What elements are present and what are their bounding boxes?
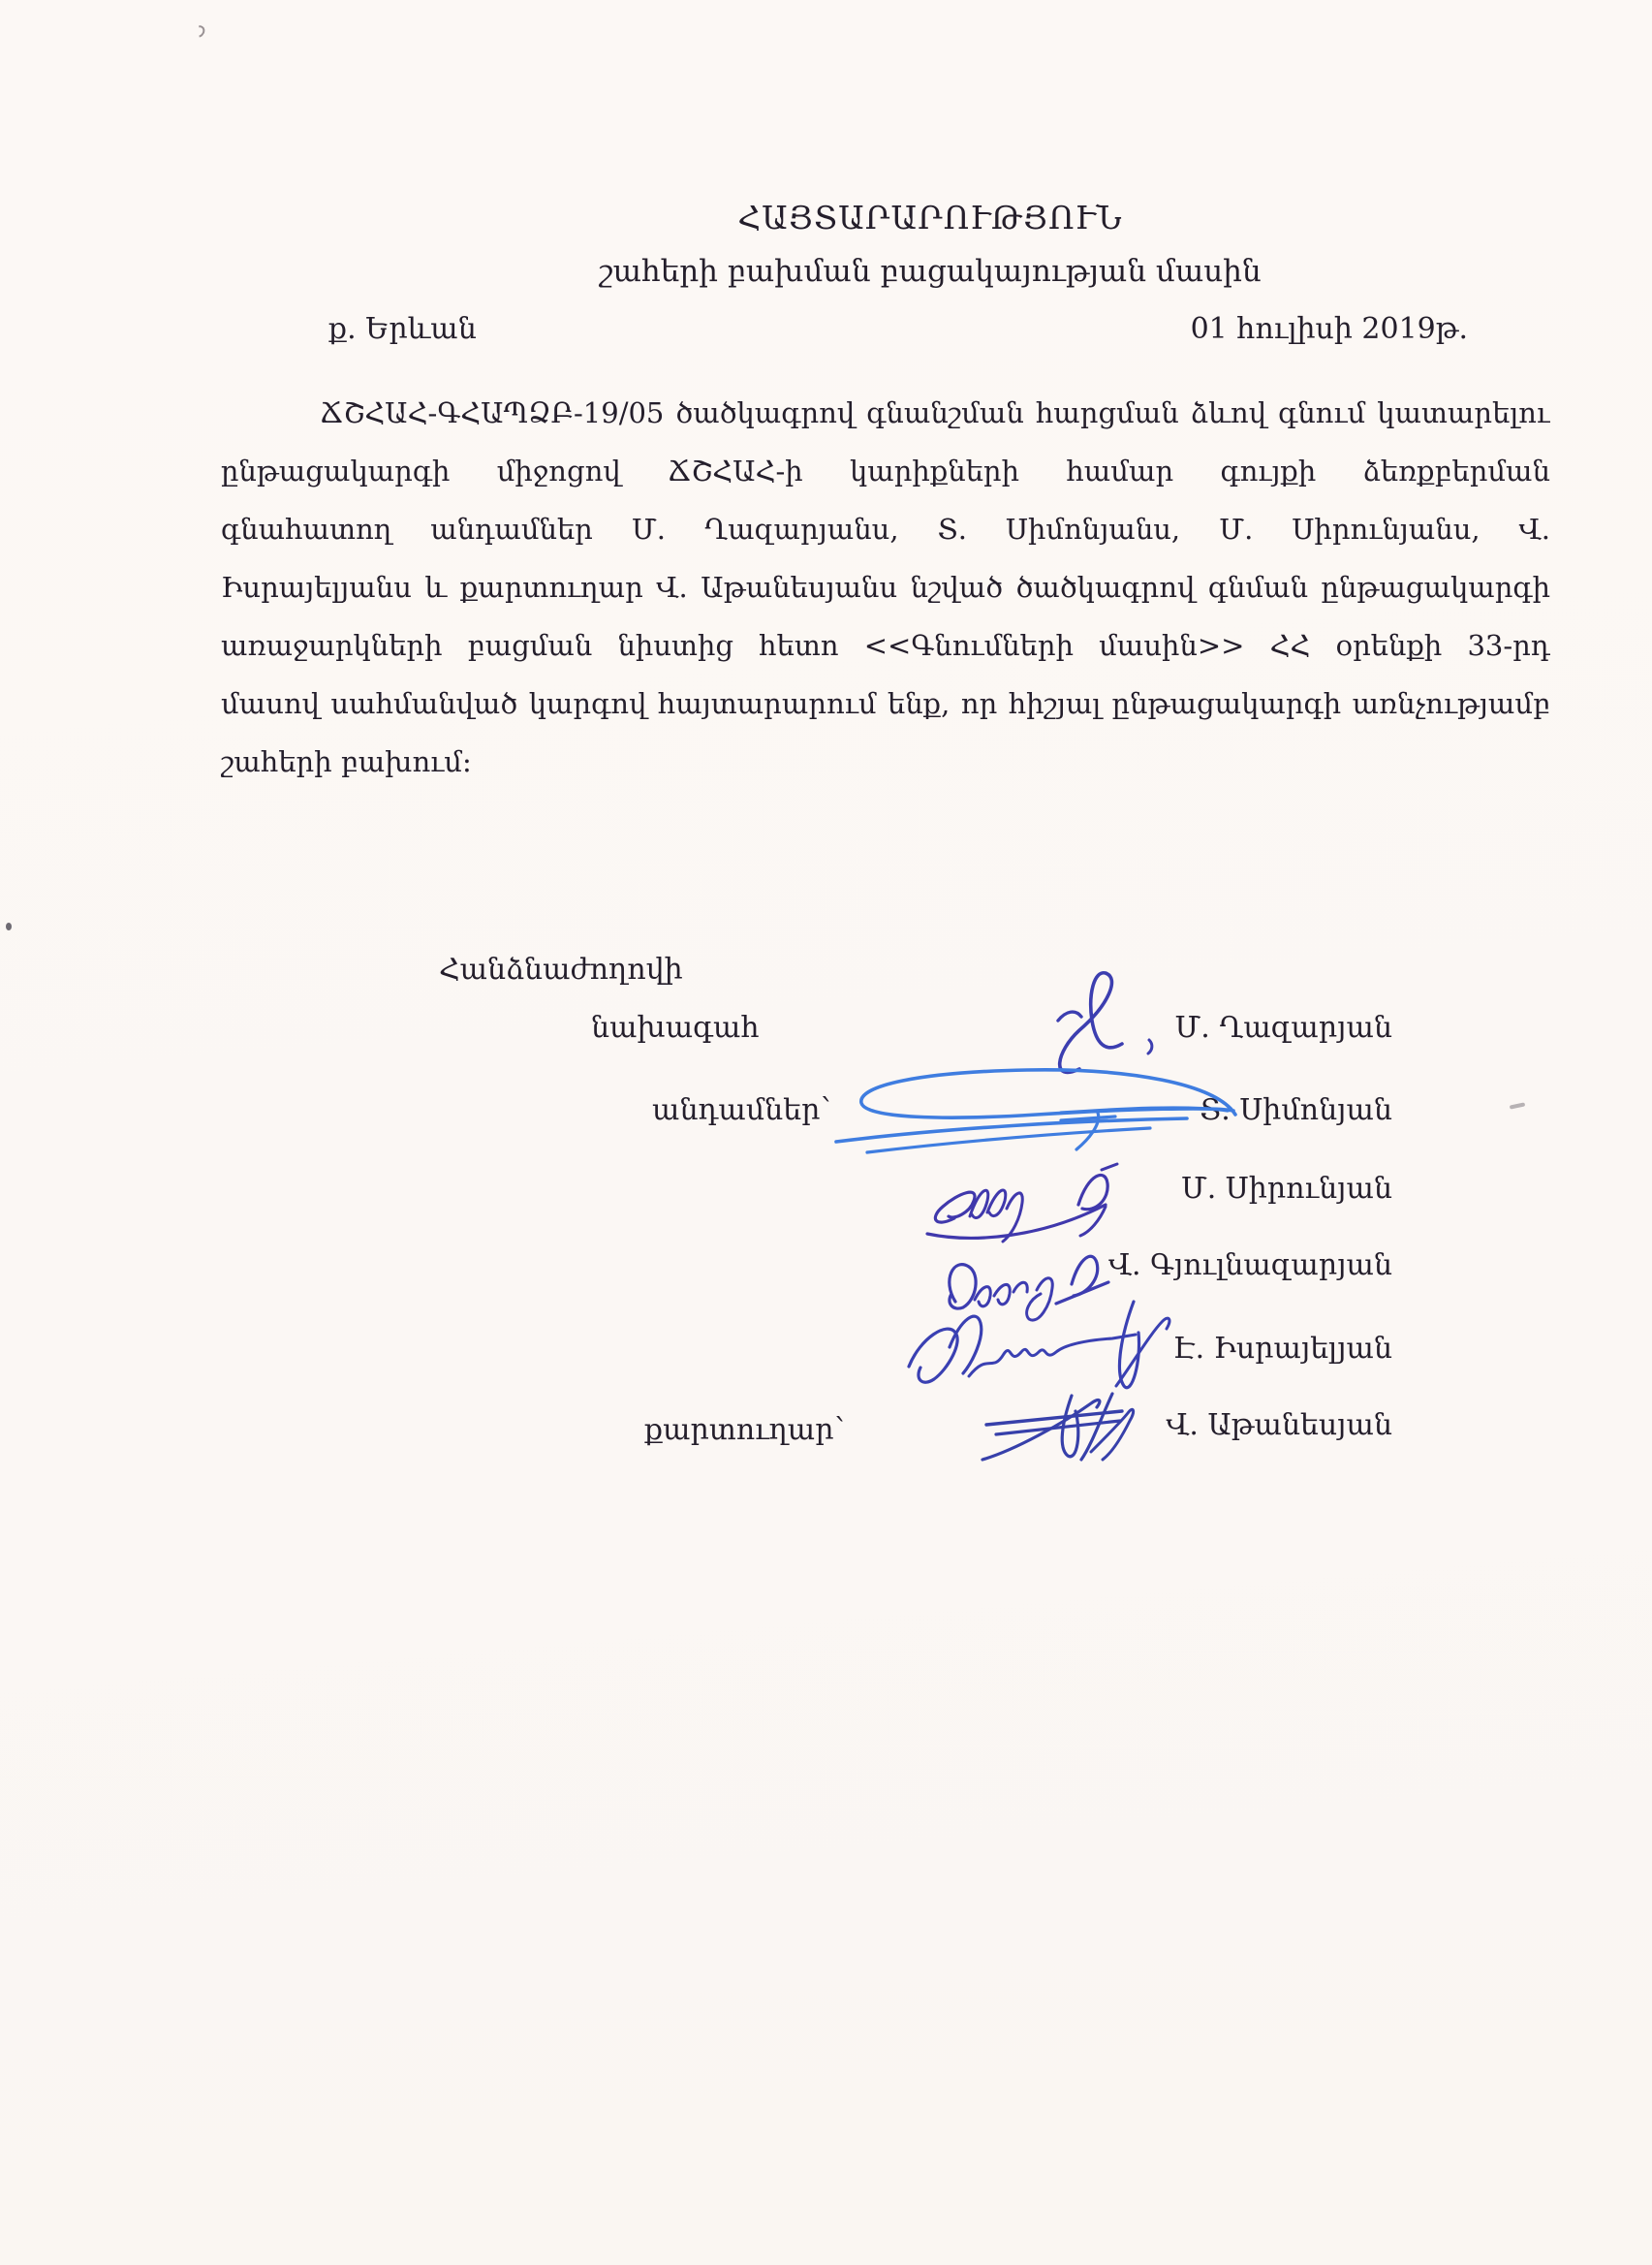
place-date-row: ք. Երևան 01 հուլիսի 2019թ.	[221, 312, 1550, 346]
place-label: ք. Երևան	[328, 312, 477, 346]
date-label: 01 հուլիսի 2019թ.	[1191, 312, 1468, 346]
secretary-role-label: քարտուղար՝	[644, 1413, 845, 1448]
signature-gyulnazaryan-ink	[928, 1243, 1122, 1336]
signatory-name-ghazaryan: Մ. Ղազարյան	[1174, 1011, 1392, 1046]
signatory-name-gyulnazaryan: Վ. Գյուլնազարյան	[1108, 1248, 1392, 1283]
committee-heading: Հանձնաժողովի	[439, 953, 683, 988]
scan-speck	[1510, 1102, 1525, 1109]
doc-title: ՀԱՅՏԱՐԱՐՈՒԹՅՈՒՆ	[265, 199, 1595, 236]
scan-speck	[191, 23, 206, 40]
scan-speck	[6, 923, 12, 930]
signature-sirunyan-ink	[916, 1158, 1158, 1260]
body-line: շահերի բախում։	[221, 733, 1550, 791]
signature-ghazaryan-ink	[1044, 962, 1175, 1084]
body-line: ՃՇՀԱՀ-ԳՀԱՊՁԲ-19/05 ծածկագրով գնանշման հա…	[221, 384, 1550, 442]
members-role-label: անդամներ՝	[652, 1093, 830, 1128]
doc-subtitle: շահերի բախման բացակայության մասին	[265, 254, 1595, 289]
body-line: ընթացակարգի միջոցով ՃՇՀԱՀ-ի կարիքների հա…	[221, 442, 1550, 500]
body-line: առաջարկների բացման նիստից հետո <<Գնումնե…	[221, 616, 1550, 675]
signatory-name-atanesyan: Վ. Աթանեսյան	[1166, 1408, 1392, 1443]
signature-israyelyan-ink	[891, 1294, 1182, 1405]
body-line: մասով սահմանված կարգով հայտարարում ենք, …	[221, 675, 1550, 733]
signatory-name-simonyan: Տ. Սիմոնյան	[1200, 1093, 1392, 1128]
scanned-document-page: ՀԱՅՏԱՐԱՐՈՒԹՅՈՒՆ շահերի բախման բացակայութ…	[0, 0, 1652, 2265]
body-line: Իսրայելյանս և քարտուղար Վ. Աթանեսյանս նշ…	[221, 558, 1550, 616]
body-line: գնահատող անդամներ Մ. Ղազարյանս, Տ. Սիմոն…	[221, 500, 1550, 558]
signature-atanesyan-ink	[977, 1384, 1151, 1476]
body-paragraph: ՃՇՀԱՀ-ԳՀԱՊՁԲ-19/05 ծածկագրով գնանշման հա…	[221, 384, 1550, 791]
signatory-name-sirunyan: Մ. Սիրունյան	[1181, 1172, 1392, 1207]
signature-simonyan-ink	[828, 1058, 1245, 1175]
chairman-role-label: նախագահ	[591, 1011, 760, 1046]
signatory-name-israyelyan: Է. Իսրայելյան	[1173, 1332, 1392, 1367]
